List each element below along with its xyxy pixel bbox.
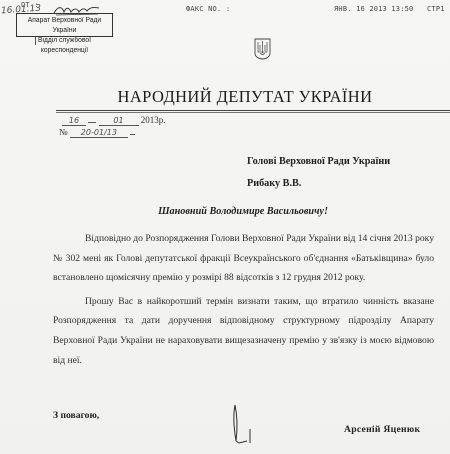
number-trailing-blank	[130, 134, 135, 135]
stamp-line-1: Апарат Верховної Ради України	[21, 15, 108, 35]
date-month: 01	[99, 116, 139, 126]
letterhead-title: НАРОДНИЙ ДЕПУТАТ УКРАЇНИ	[0, 87, 450, 107]
addressee-name: Рибаку В.В.	[247, 178, 301, 189]
body-paragraph-1: Відповідно до Розпорядження Голови Верхо…	[53, 229, 434, 288]
letterhead-rule-top	[56, 110, 450, 111]
handwritten-signature-icon	[231, 403, 259, 447]
received-stamp: Апарат Верховної Ради України Відділ слу…	[16, 13, 113, 37]
document-number: № 20-01/13	[59, 127, 135, 138]
coat-of-arms-icon	[254, 38, 271, 60]
stamp-line-2: Відділ службової кореспонденції	[21, 35, 108, 55]
fax-number-colon: :	[226, 5, 230, 13]
fax-number-label: ФАКС NO.	[186, 5, 221, 13]
fax-datetime: ЯНВ. 16 2013 13:50	[334, 5, 413, 13]
letterhead-rule-bottom	[56, 112, 450, 113]
date-day: 16	[62, 116, 86, 126]
number-value: 20-01/13	[70, 128, 128, 138]
salutation: Шановний Володимире Васильовичу!	[0, 206, 450, 217]
fax-document-page: ОТ : ФАКС NO. : ЯНВ. 16 2013 13:50 СТР1 …	[0, 0, 450, 454]
body-paragraph-2: Прошу Вас в найкоротший термін визнати т…	[53, 292, 434, 370]
letter-body: Відповідно до Розпорядження Голови Верхо…	[53, 229, 434, 370]
stamp-tail-line	[35, 37, 36, 45]
date-year: 2013р.	[141, 115, 166, 125]
date-separator	[88, 122, 96, 123]
document-date: 16 01 2013р.	[62, 115, 166, 126]
fax-page-number: СТР1	[427, 5, 445, 13]
closing-regards: З повагою,	[53, 410, 99, 421]
addressee-position: Голові Верховної Ради України	[247, 156, 390, 167]
number-label: №	[59, 127, 68, 137]
signer-name: Арсеній Яценюк	[344, 424, 420, 435]
